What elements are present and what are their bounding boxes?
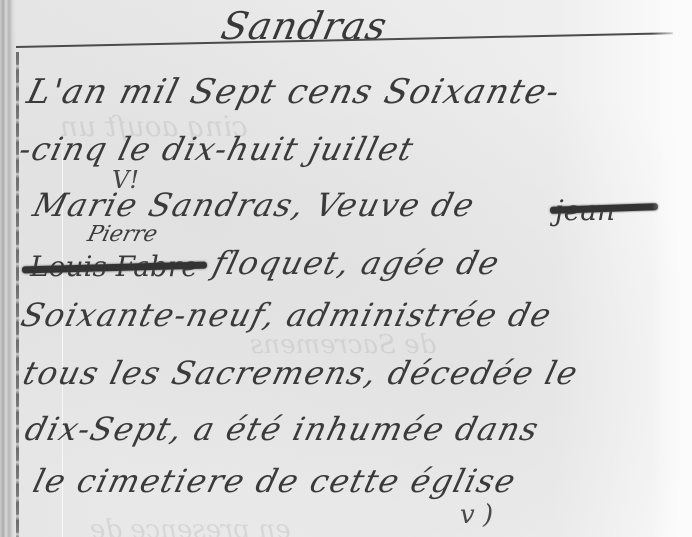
text-line-3: Marie Sandras, Veuve de [29, 186, 479, 224]
binding-edge [0, 0, 14, 537]
page-edge-right [652, 0, 692, 537]
trailing-marks: v ) [460, 500, 493, 530]
bleed-through-text: en presence de [90, 515, 291, 537]
text-line-6: tous les Sacremens, décedée le [19, 354, 582, 392]
text-line-4: floquet, agée de [209, 244, 504, 282]
text-line-1: L'an mil Sept cens Soixante- [23, 72, 565, 112]
manuscript-page: cinq aouſt un de Sacremens en presence d… [0, 0, 692, 537]
text-line-7: dix-Sept, a été inhumée dans [21, 410, 543, 448]
text-line-2: -cinq le dix-huit juillet [15, 130, 418, 168]
margin-rule [16, 52, 19, 537]
text-line-8: le cimetiere de cette église [29, 462, 520, 500]
text-line-5: Soixante-neuf, administrée de [17, 296, 556, 334]
inserted-word: Pierre [85, 222, 160, 247]
